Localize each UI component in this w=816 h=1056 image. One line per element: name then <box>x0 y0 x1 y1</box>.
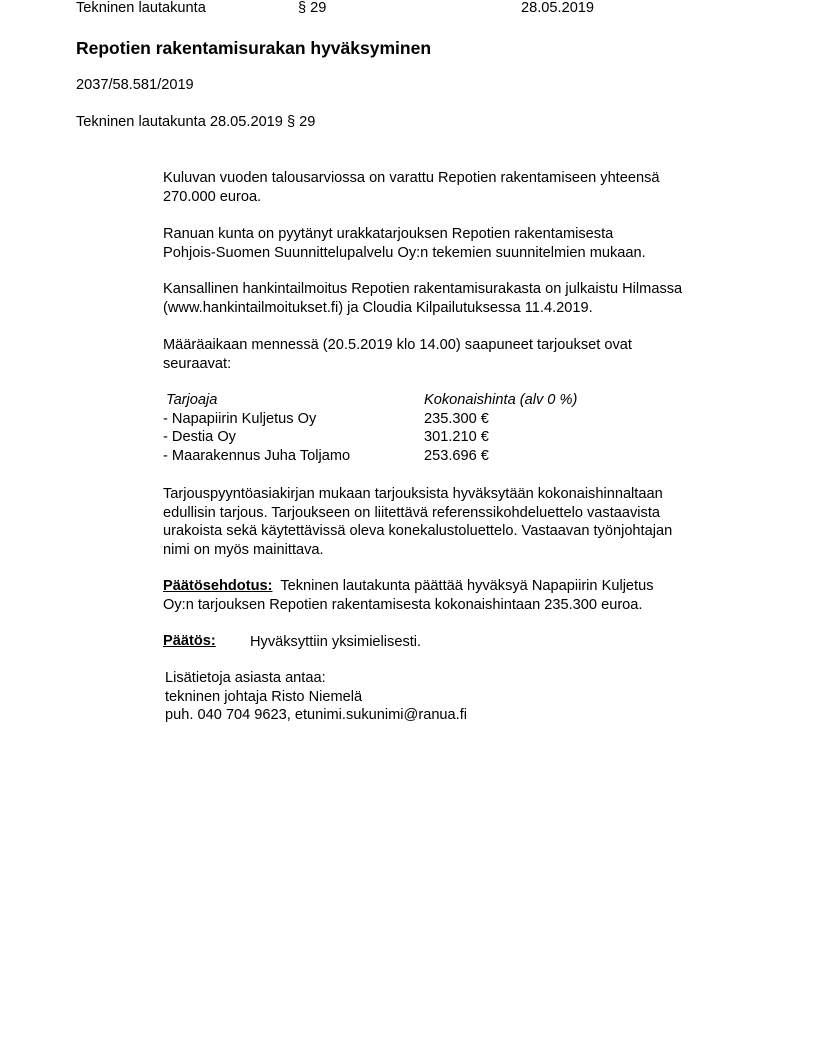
table-row: - Napapiirin Kuljetus Oy 235.300 € <box>163 410 763 429</box>
page-title: Repotien rakentamisurakan hyväksyminen <box>76 37 431 59</box>
offers-header-row: Tarjoaja Kokonaishinta (alv 0 %) <box>163 391 763 410</box>
proposal-label: Päätösehdotus: <box>163 578 272 594</box>
decision: Päätös: Hyväksyttiin yksimielisesti. <box>163 633 763 649</box>
table-row: - Destia Oy 301.210 € <box>163 428 763 447</box>
offers-header-bidder: Tarjoaja <box>166 391 217 409</box>
meeting-reference: Tekninen lautakunta 28.05.2019 § 29 <box>76 113 315 131</box>
offers-table: Tarjoaja Kokonaishinta (alv 0 %) - Napap… <box>163 391 763 465</box>
header-date: 28.05.2019 <box>521 0 594 17</box>
table-row: - Maarakennus Juha Toljamo 253.696 € <box>163 447 763 466</box>
decision-text: Hyväksyttiin yksimielisesti. <box>250 633 421 651</box>
decision-label: Päätös: <box>163 633 216 649</box>
decision-proposal: Päätösehdotus: Tekninen lautakunta päätt… <box>163 577 763 614</box>
header-committee: Tekninen lautakunta <box>76 0 206 17</box>
proposal-text: Tekninen lautakunta päättää hyväksyä Nap… <box>280 578 653 594</box>
header-section: § 29 <box>298 0 326 17</box>
paragraph-criteria: Tarjouspyyntöasiakirjan mukaan tarjouksi… <box>163 485 763 559</box>
contact-info: Lisätietoja asiasta antaa: tekninen joht… <box>165 669 765 725</box>
paragraph-budget: Kuluvan vuoden talousarviossa on varattu… <box>163 169 763 206</box>
offers-header-price: Kokonaishinta (alv 0 %) <box>424 391 577 409</box>
paragraph-deadline: Määräaikaan mennessä (20.5.2019 klo 14.0… <box>163 336 763 373</box>
paragraph-notice: Kansallinen hankintailmoitus Repotien ra… <box>163 280 763 317</box>
paragraph-request: Ranuan kunta on pyytänyt urakkatarjoukse… <box>163 225 763 262</box>
case-number: 2037/58.581/2019 <box>76 76 194 94</box>
